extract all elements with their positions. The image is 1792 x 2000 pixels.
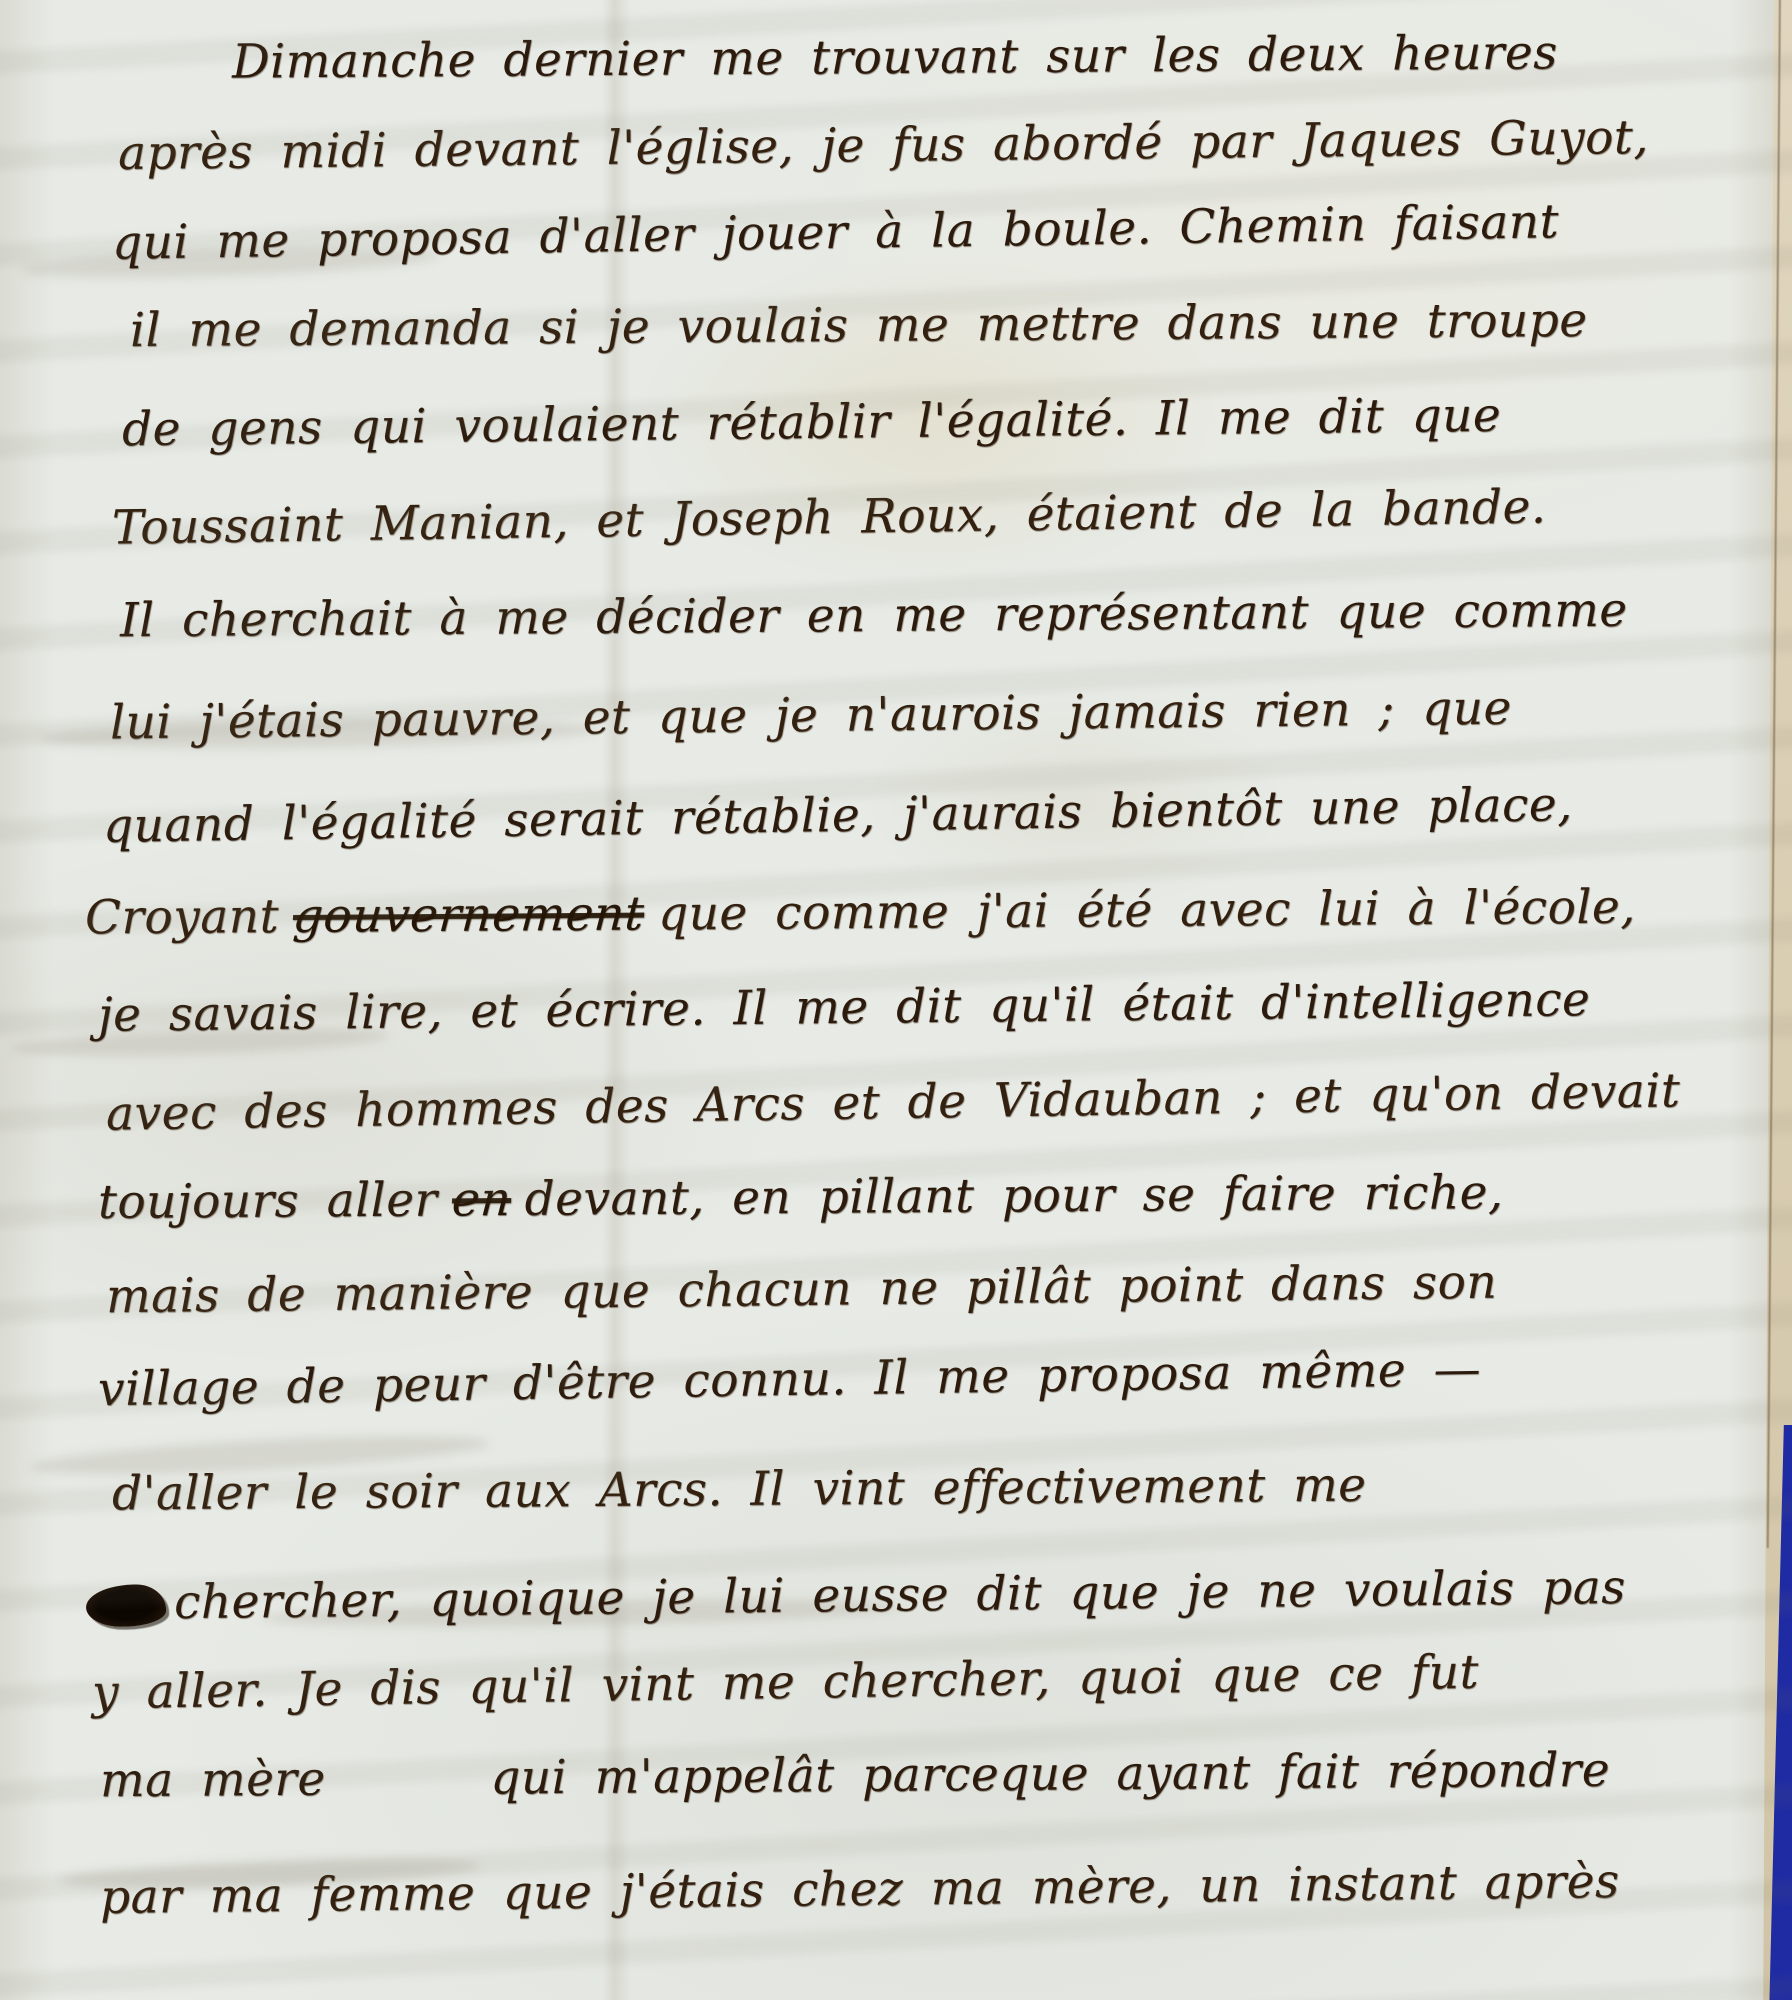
- manuscript-line: village de peur d'être connu. Il me prop…: [98, 1342, 1482, 1419]
- manuscript-line: Dimanche dernier me trouvant sur les deu…: [232, 25, 1558, 90]
- line-text: toujours aller: [98, 1173, 438, 1230]
- manuscript-line: il me demanda si je voulais me mettre da…: [130, 293, 1588, 359]
- manuscript-line: quand l'égalité serait rétablie, j'aurai…: [103, 777, 1573, 855]
- manuscript-line: chercher, quoique je lui eusse dit que j…: [86, 1560, 1626, 1632]
- manuscript-line: y aller. Je dis qu'il vint me chercher, …: [92, 1645, 1480, 1722]
- manuscript-line: mais de manière que chacun ne pillât poi…: [106, 1255, 1498, 1326]
- crossed-out-word: gouvernement: [291, 886, 646, 944]
- manuscript-line: qui me proposa d'aller jouer à la boule.…: [112, 194, 1560, 271]
- manuscript-line: Toussaint Manian, et Joseph Roux, étaien…: [112, 479, 1547, 556]
- manuscript-line: je savais lire, et écrire. Il me dit qu'…: [98, 972, 1591, 1044]
- manuscript-line: Il cherchait à me décider en me représen…: [120, 583, 1628, 650]
- manuscript-line: de gens qui voulaient rétablir l'égalité…: [122, 388, 1502, 458]
- manuscript-line: avec des hommes des Arcs et de Vidauban …: [106, 1063, 1681, 1142]
- line-text: devant, en pillant pour se faire riche,: [524, 1165, 1503, 1227]
- manuscript-page: Dimanche dernier me trouvant sur les deu…: [0, 0, 1792, 2000]
- manuscript-line: lui j'étais pauvre, et que je n'aurois j…: [110, 681, 1512, 752]
- manuscript-line: d'aller le soir aux Arcs. Il vint effect…: [112, 1458, 1367, 1523]
- line-text: chercher, quoique je lui eusse dit que j…: [174, 1560, 1626, 1630]
- line-text: que comme j'ai été avec lui à l'école,: [658, 880, 1636, 942]
- manuscript-line: Croyantgouvernementque comme j'ai été av…: [85, 880, 1636, 947]
- manuscript-line: après midi devant l'église, je fus abord…: [118, 110, 1649, 182]
- manuscript-line: par ma femme que j'étais chez ma mère, u…: [100, 1854, 1620, 1926]
- manuscript-line: ma mère qui m'appelât parceque ayant fai…: [100, 1743, 1610, 1810]
- crossed-out-word: en: [450, 1172, 513, 1228]
- ink-blot: [86, 1584, 166, 1627]
- manuscript-line: toujours allerendevant, en pillant pour …: [98, 1165, 1504, 1231]
- line-text: Croyant: [85, 889, 279, 945]
